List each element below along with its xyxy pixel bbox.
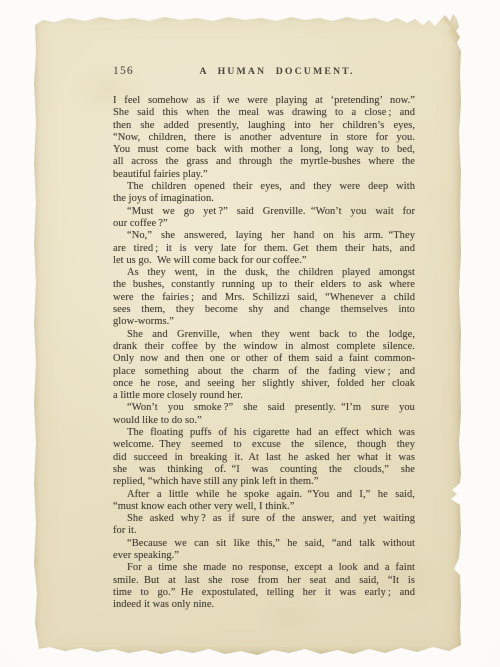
page-header: 156 A HUMAN DOCUMENT.: [113, 65, 415, 80]
text-line: once he rose, and seeing her slightly sh…: [113, 378, 415, 390]
text-line: for it.: [113, 525, 415, 537]
text-line: “Won’t you smoke ?” she said presently. …: [113, 402, 415, 414]
book-page: 156 A HUMAN DOCUMENT. I feel somehow as …: [33, 13, 461, 656]
text-line: ever speaking.”: [113, 550, 415, 562]
text-line: “must know each other very well, I think…: [113, 501, 415, 513]
text-line: beautiful fairies play.”: [113, 169, 415, 181]
text-line: “No,” she answered, laying her hand on h…: [113, 230, 415, 242]
text-line: indeed it was only nine.: [113, 599, 415, 611]
scan-background: 156 A HUMAN DOCUMENT. I feel somehow as …: [0, 0, 500, 667]
text-line: replied, “which have still any pink left…: [113, 476, 415, 488]
text-line: did succeed in breaking it. At last he a…: [113, 452, 415, 464]
text-line: The floating puffs of his cigarette had …: [113, 427, 415, 439]
text-line: smile. But at last she rose from her sea…: [113, 575, 415, 587]
text-line: glow-worms.”: [113, 316, 415, 328]
text-line: a little more closely round her.: [113, 390, 415, 402]
text-line: She said this when the meal was drawing …: [113, 107, 415, 119]
text-line: welcome. They seemed to excuse the silen…: [113, 439, 415, 451]
text-line: sees them, they become shy and change th…: [113, 304, 415, 316]
text-line: “Now, children, there is another adventu…: [113, 132, 415, 144]
text-line: were the fairies ; and Mrs. Schilizzi sa…: [113, 292, 415, 304]
text-line: “Because we can sit like this,” he said,…: [113, 538, 415, 550]
page-body: I feel somehow as if we were playing at …: [113, 95, 415, 611]
running-title: A HUMAN DOCUMENT.: [113, 66, 415, 77]
text-line: the bushes, constantly running up to the…: [113, 279, 415, 291]
text-line: our coffee ?”: [113, 218, 415, 230]
text-line: would like to do so.”: [113, 415, 415, 427]
text-line: she was thinking of. “I was counting the…: [113, 464, 415, 476]
text-line: After a little while he spoke again. “Yo…: [113, 489, 415, 501]
text-line: I feel somehow as if we were playing at …: [113, 95, 415, 107]
text-line: place something about the charm of the f…: [113, 366, 415, 378]
text-line: You must come back with mother a long, l…: [113, 144, 415, 156]
text-line: “Must we go yet ?” said Grenville. “Won’…: [113, 206, 415, 218]
text-line: let us go. We will come back for our cof…: [113, 255, 415, 267]
text-line: drank their coffee by the window in almo…: [113, 341, 415, 353]
text-line: As they went, in the dusk, the children …: [113, 267, 415, 279]
text-line: are tired ; it is very late for them. Ge…: [113, 243, 415, 255]
text-line: the joys of imagination.: [113, 193, 415, 205]
text-line: The children opened their eyes, and they…: [113, 181, 415, 193]
text-line: then she added presently, laughing into …: [113, 120, 415, 132]
text-line: For a time she made no response, except …: [113, 562, 415, 574]
text-line: She and Grenville, when they went back t…: [113, 329, 415, 341]
text-line: Only now and then one or other of them s…: [113, 353, 415, 365]
torn-corner: [439, 15, 461, 49]
text-line: She asked why ? as if sure of the answer…: [113, 513, 415, 525]
text-line: time to go.” He expostulated, telling he…: [113, 587, 415, 599]
text-line: all across the grass and through the myr…: [113, 156, 415, 168]
